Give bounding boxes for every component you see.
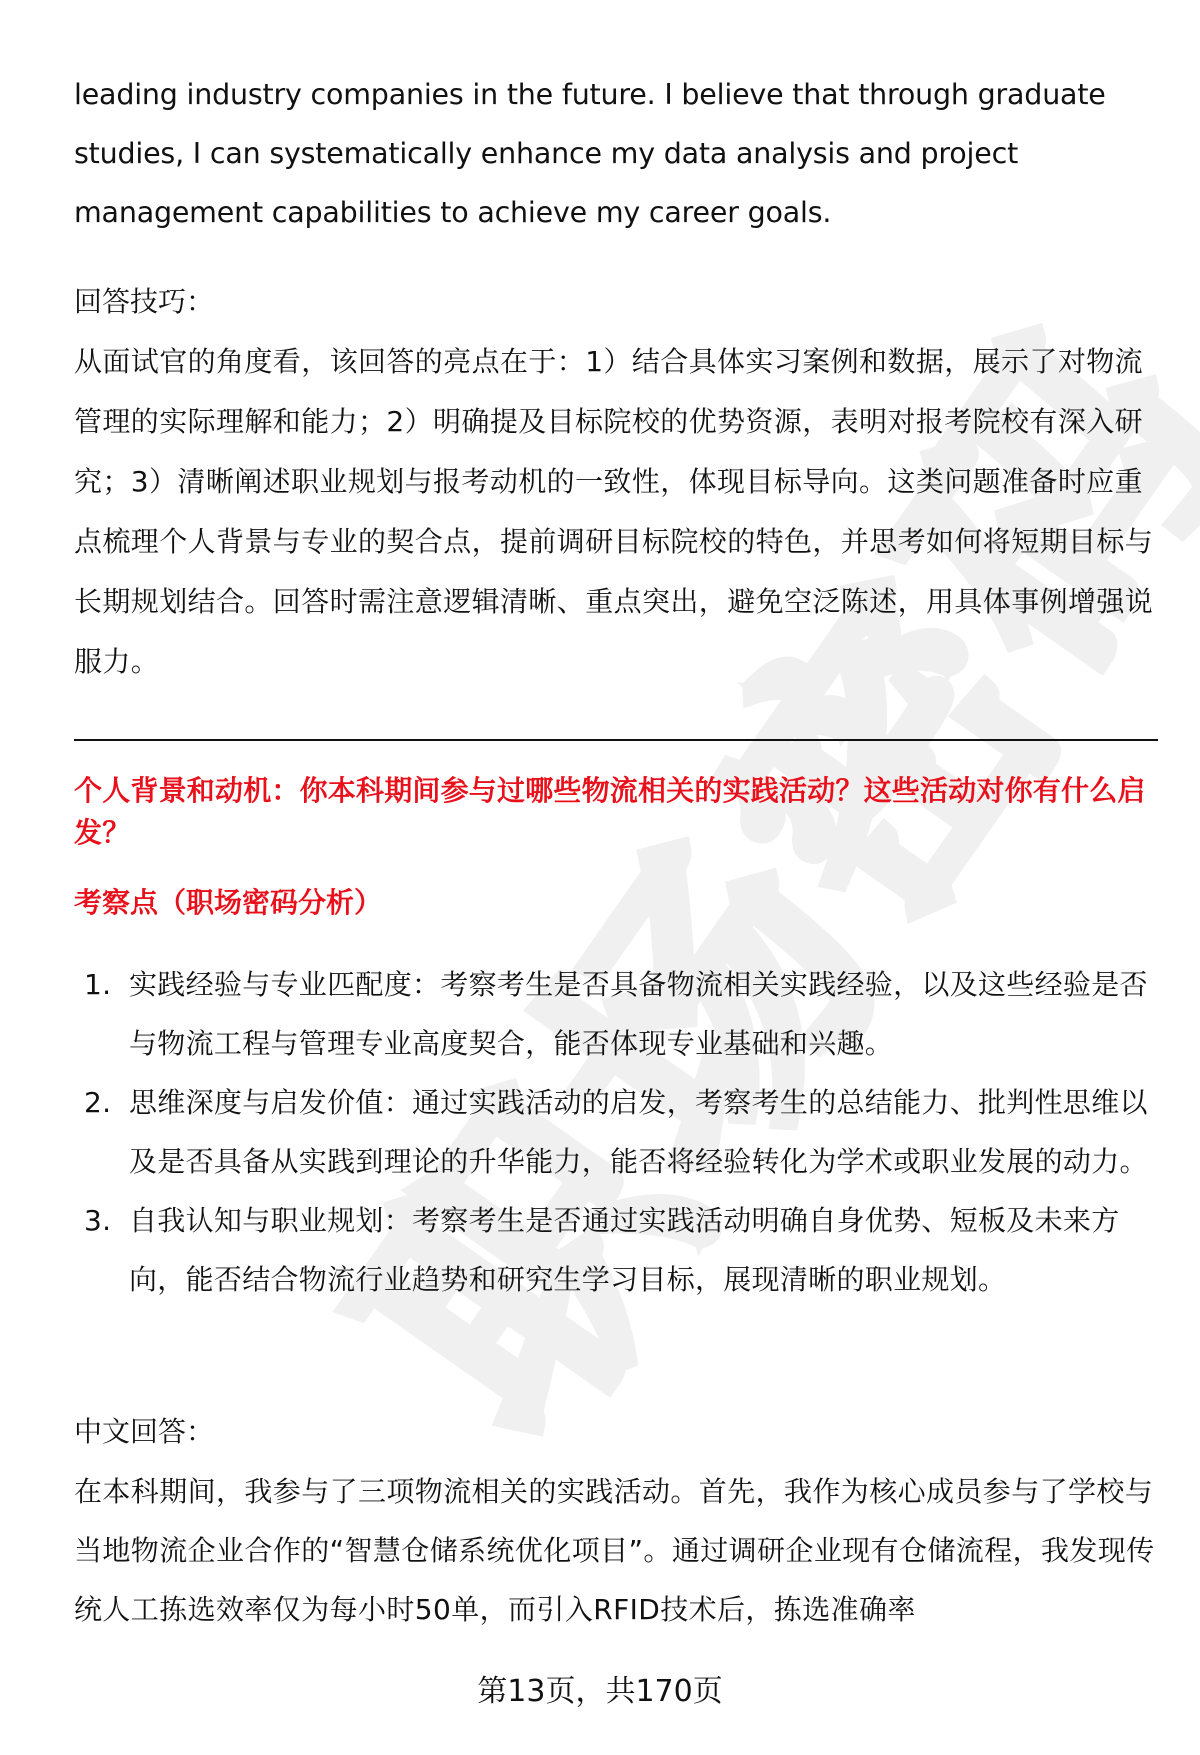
english-answer-continuation: leading industry companies in the future… [74, 65, 1158, 242]
page-indicator: 第13页，共170页 [0, 1672, 1200, 1712]
analysis-points-list: 1. 实践经验与专业匹配度：考察考生是否具备物流相关实践经验，以及这些经验是否与… [74, 955, 1158, 1309]
chinese-answer-body: 在本科期间，我参与了三项物流相关的实践活动。首先，我作为核心成员参与了学校与当地… [74, 1462, 1158, 1639]
list-item: 2. 思维深度与启发价值：通过实践活动的启发，考察考生的总结能力、批判性思维以及… [74, 1073, 1158, 1191]
list-item-text: 自我认知与职业规划：考察考生是否通过实践活动明确自身优势、短板及未来方向，能否结… [129, 1204, 1120, 1296]
tips-body: 从面试官的角度看，该回答的亮点在于：1）结合具体实习案例和数据，展示了对物流管理… [74, 332, 1158, 692]
list-item-text: 思维深度与启发价值：通过实践活动的启发，考察考生的总结能力、批判性思维以及是否具… [129, 1086, 1148, 1178]
chinese-answer-label: 中文回答： [74, 1402, 214, 1462]
list-item-number: 2. [84, 1073, 111, 1132]
list-item: 3. 自我认知与职业规划：考察考生是否通过实践活动明确自身优势、短板及未来方向，… [74, 1191, 1158, 1309]
section-divider [74, 739, 1158, 741]
list-item: 1. 实践经验与专业匹配度：考察考生是否具备物流相关实践经验，以及这些经验是否与… [74, 955, 1158, 1073]
list-item-text: 实践经验与专业匹配度：考察考生是否具备物流相关实践经验，以及这些经验是否与物流工… [129, 968, 1148, 1060]
question-heading: 个人背景和动机：你本科期间参与过哪些物流相关的实践活动？这些活动对你有什么启发？ [74, 770, 1158, 854]
analysis-subheading: 考察点（职场密码分析） [74, 882, 382, 924]
tips-label: 回答技巧： [74, 272, 214, 332]
document-page: 职场密码 leading industry companies in the f… [0, 0, 1200, 1755]
list-item-number: 1. [84, 955, 111, 1014]
list-item-number: 3. [84, 1191, 111, 1250]
